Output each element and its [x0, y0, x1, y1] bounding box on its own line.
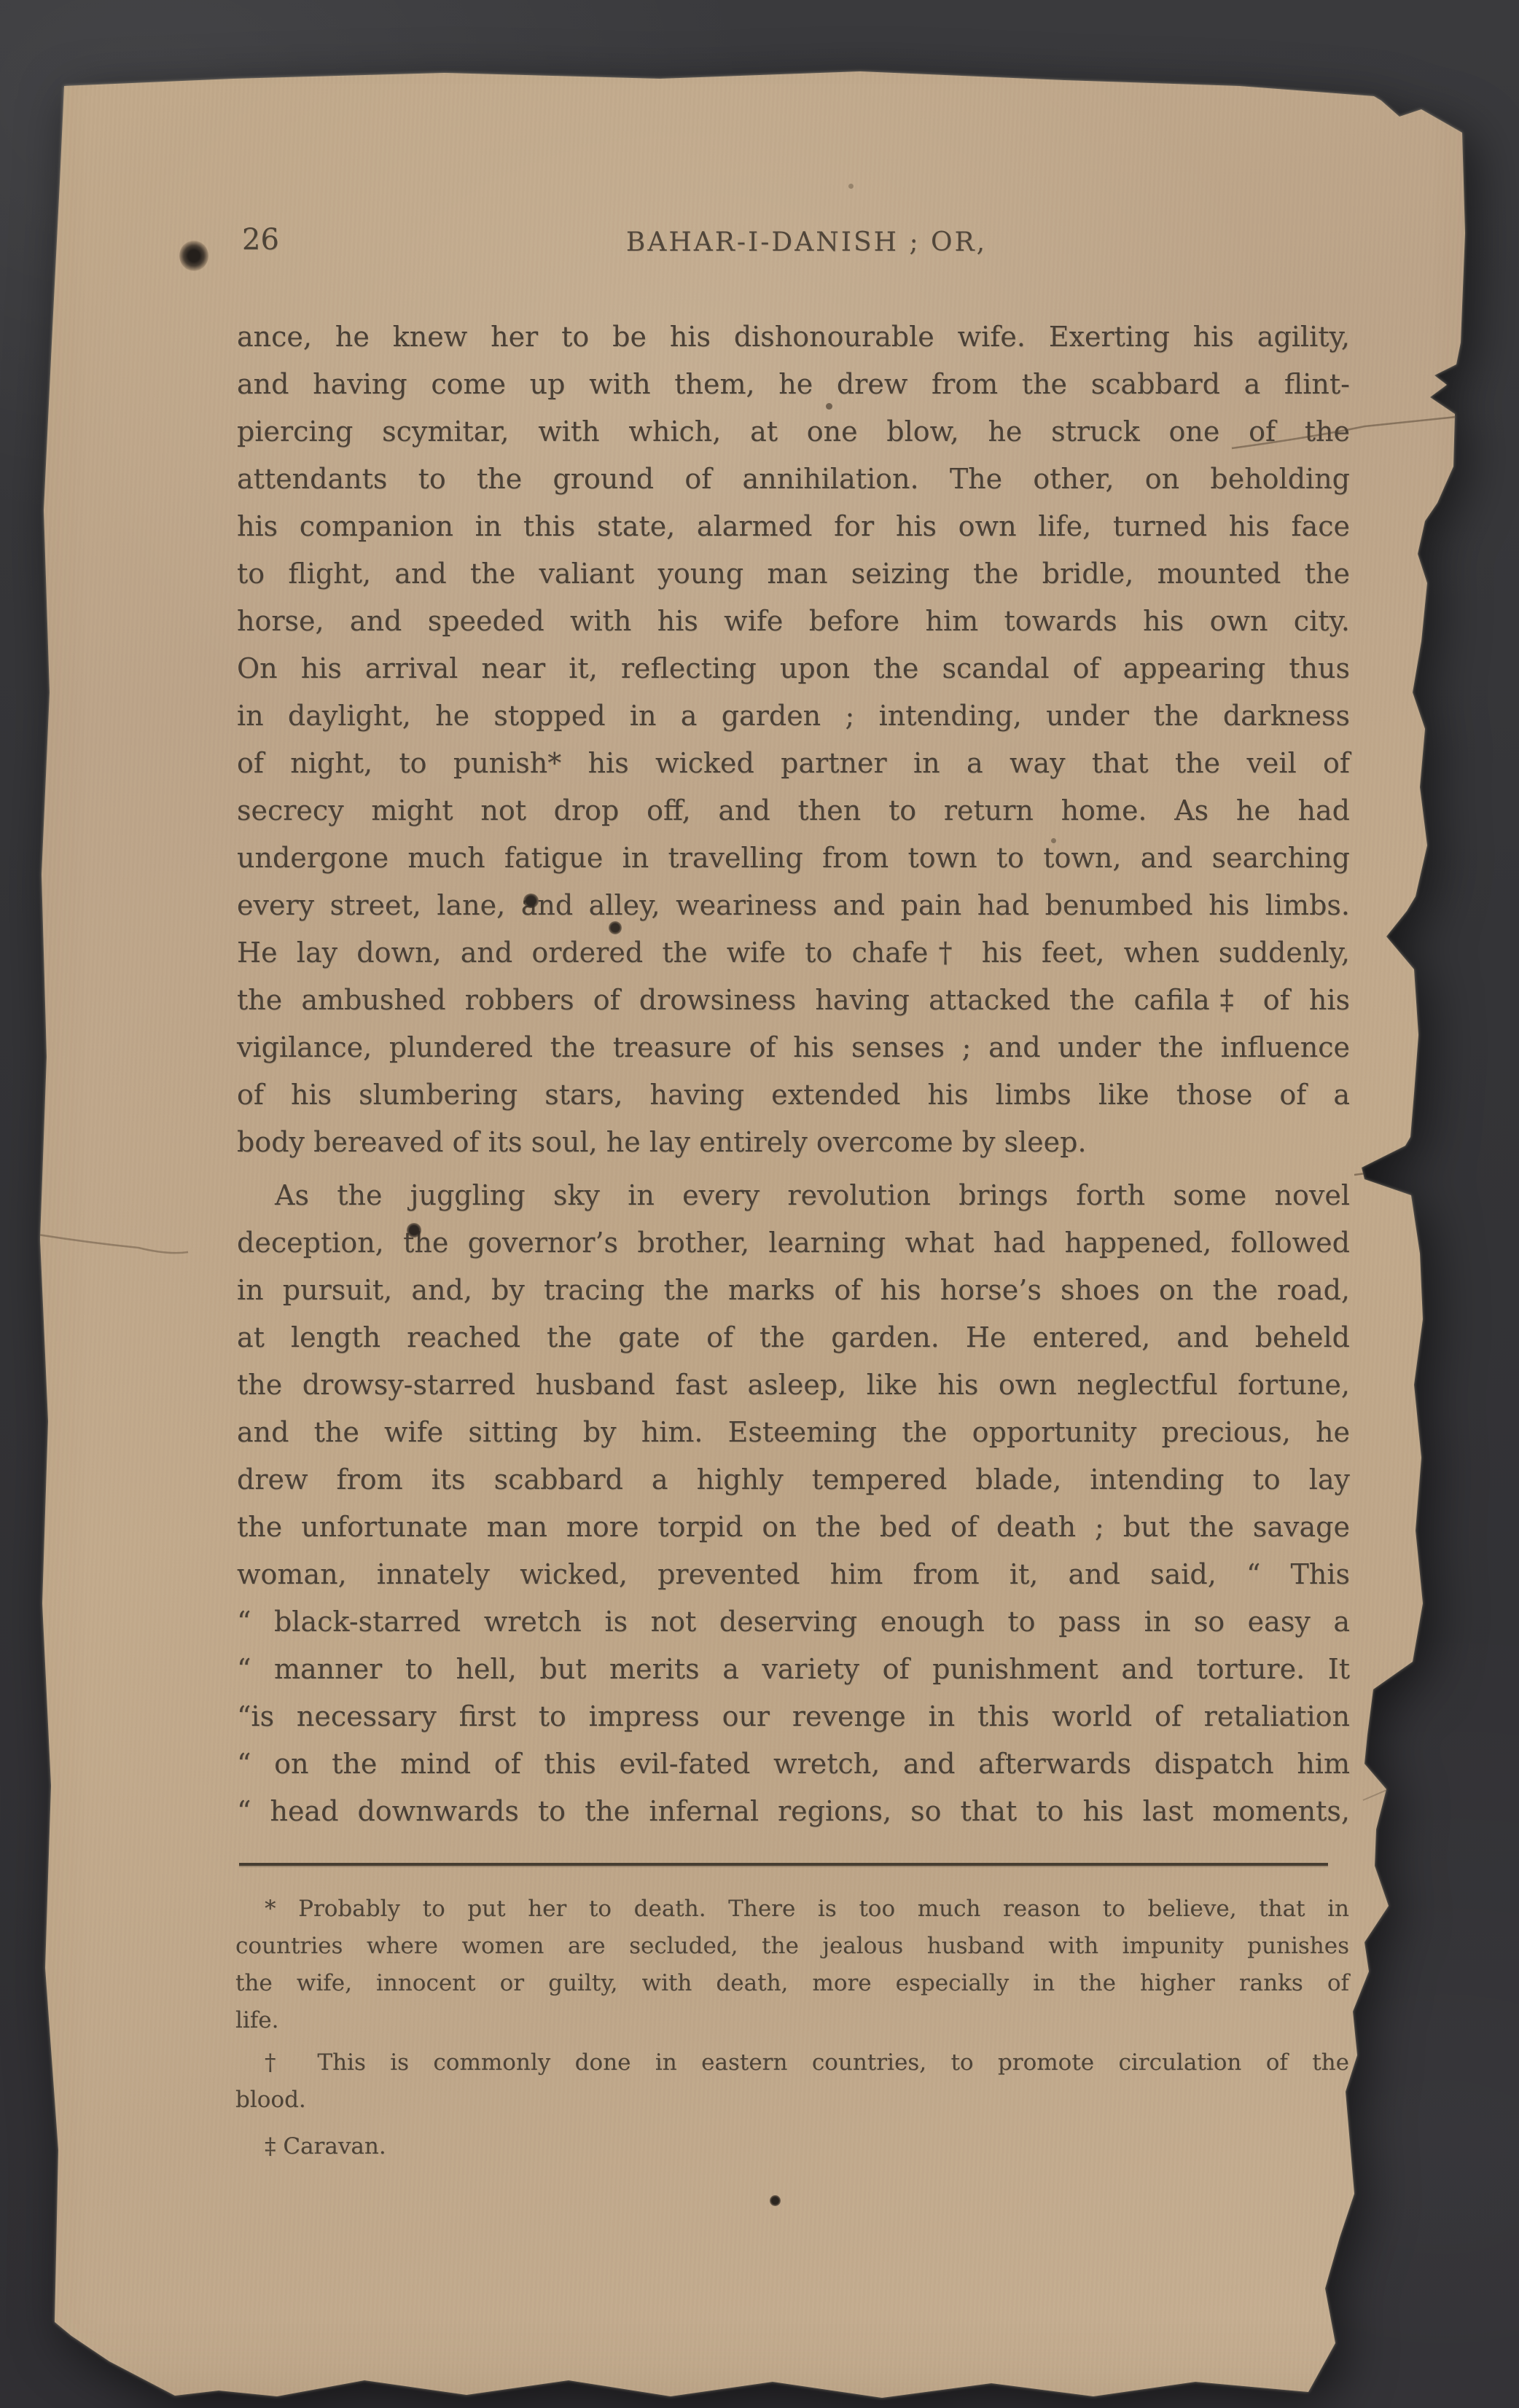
paper-shadow: 26 BAHAR-I-DANISH ; OR, ance, he knew he…	[0, 0, 1519, 2408]
text-line: and having come up with them, he drew fr…	[237, 361, 1350, 408]
footnote-rule	[239, 1863, 1328, 1866]
text-line: piercing scymitar, with which, at one bl…	[237, 408, 1350, 456]
ink-speck	[848, 184, 854, 189]
text-line: “ manner to hell, but merits a variety o…	[237, 1646, 1350, 1693]
text-line: of night, to punish* his wicked partner …	[237, 740, 1350, 787]
text-line: at length reached the gate of the garden…	[237, 1314, 1350, 1361]
text-line: “ black-starred wretch is not deserving …	[237, 1598, 1350, 1646]
paragraph-2: As the juggling sky in every revolution …	[237, 1172, 1350, 1835]
footnote-line: the wife, innocent or guilty, with death…	[235, 1965, 1349, 2002]
text-line: and the wife sitting by him. Esteeming t…	[237, 1409, 1350, 1456]
text-line: As the juggling sky in every revolution …	[237, 1172, 1350, 1219]
footnotes: * Probably to put her to death. There is…	[235, 1891, 1349, 2165]
footnote-line: countries where women are secluded, the …	[235, 1928, 1349, 1965]
footnote-1: * Probably to put her to death. There is…	[235, 1891, 1349, 2039]
text-line: his companion in this state, alarmed for…	[237, 503, 1350, 550]
text-line: secrecy might not drop off, and then to …	[237, 787, 1350, 834]
footnote-line: life.	[235, 2002, 1349, 2039]
footnote-line: blood.	[235, 2081, 1349, 2119]
ink-blot	[770, 2195, 781, 2206]
text-line: vigilance, plundered the treasure of his…	[237, 1024, 1350, 1071]
text-line: On his arrival near it, reflecting upon …	[237, 645, 1350, 692]
book-page: 26 BAHAR-I-DANISH ; OR, ance, he knew he…	[0, 0, 1519, 2408]
text-line: every street, lane, and alley, weariness…	[237, 882, 1350, 929]
text-line: deception, the governor’s brother, learn…	[237, 1219, 1350, 1267]
body-text: ance, he knew her to be his dishonourabl…	[237, 313, 1350, 1835]
footnote-line: ‡ Caravan.	[235, 2128, 1349, 2165]
footnote-line: † This is commonly done in eastern count…	[235, 2044, 1349, 2081]
text-line: in daylight, he stopped in a garden ; in…	[237, 692, 1350, 740]
text-line: the ambushed robbers of drowsiness havin…	[237, 977, 1350, 1024]
text-line: the drowsy-starred husband fast asleep, …	[237, 1361, 1350, 1409]
scan-background: 26 BAHAR-I-DANISH ; OR, ance, he knew he…	[0, 0, 1519, 2408]
footnote-line: * Probably to put her to death. There is…	[235, 1891, 1349, 1928]
running-title: BAHAR-I-DANISH ; OR,	[250, 227, 1363, 257]
text-line: “ head downwards to the infernal regions…	[237, 1788, 1350, 1835]
text-line: ance, he knew her to be his dishonourabl…	[237, 313, 1350, 361]
footnote-3: ‡ Caravan.	[235, 2128, 1349, 2165]
text-line: woman, innately wicked, prevented him fr…	[237, 1551, 1350, 1598]
text-line: in pursuit, and, by tracing the marks of…	[237, 1267, 1350, 1314]
text-line: to flight, and the valiant young man sei…	[237, 550, 1350, 598]
text-line: drew from its scabbard a highly tempered…	[237, 1456, 1350, 1504]
text-line: horse, and speeded with his wife before …	[237, 598, 1350, 645]
text-line: the unfortunate man more torpid on the b…	[237, 1504, 1350, 1551]
ink-blot	[179, 241, 208, 271]
text-line: “is necessary first to impress our reven…	[237, 1693, 1350, 1740]
text-line: undergone much fatigue in travelling fro…	[237, 834, 1350, 882]
text-line: of his slumbering stars, having extended…	[237, 1071, 1350, 1119]
footnote-2: † This is commonly done in eastern count…	[235, 2044, 1349, 2119]
paragraph-1: ance, he knew her to be his dishonourabl…	[237, 313, 1350, 1166]
text-line: body bereaved of its soul, he lay entire…	[237, 1119, 1350, 1166]
text-line: He lay down, and ordered the wife to cha…	[237, 929, 1350, 977]
text-line: “ on the mind of this evil-fated wretch,…	[237, 1740, 1350, 1788]
text-line: attendants to the ground of annihilation…	[237, 456, 1350, 503]
